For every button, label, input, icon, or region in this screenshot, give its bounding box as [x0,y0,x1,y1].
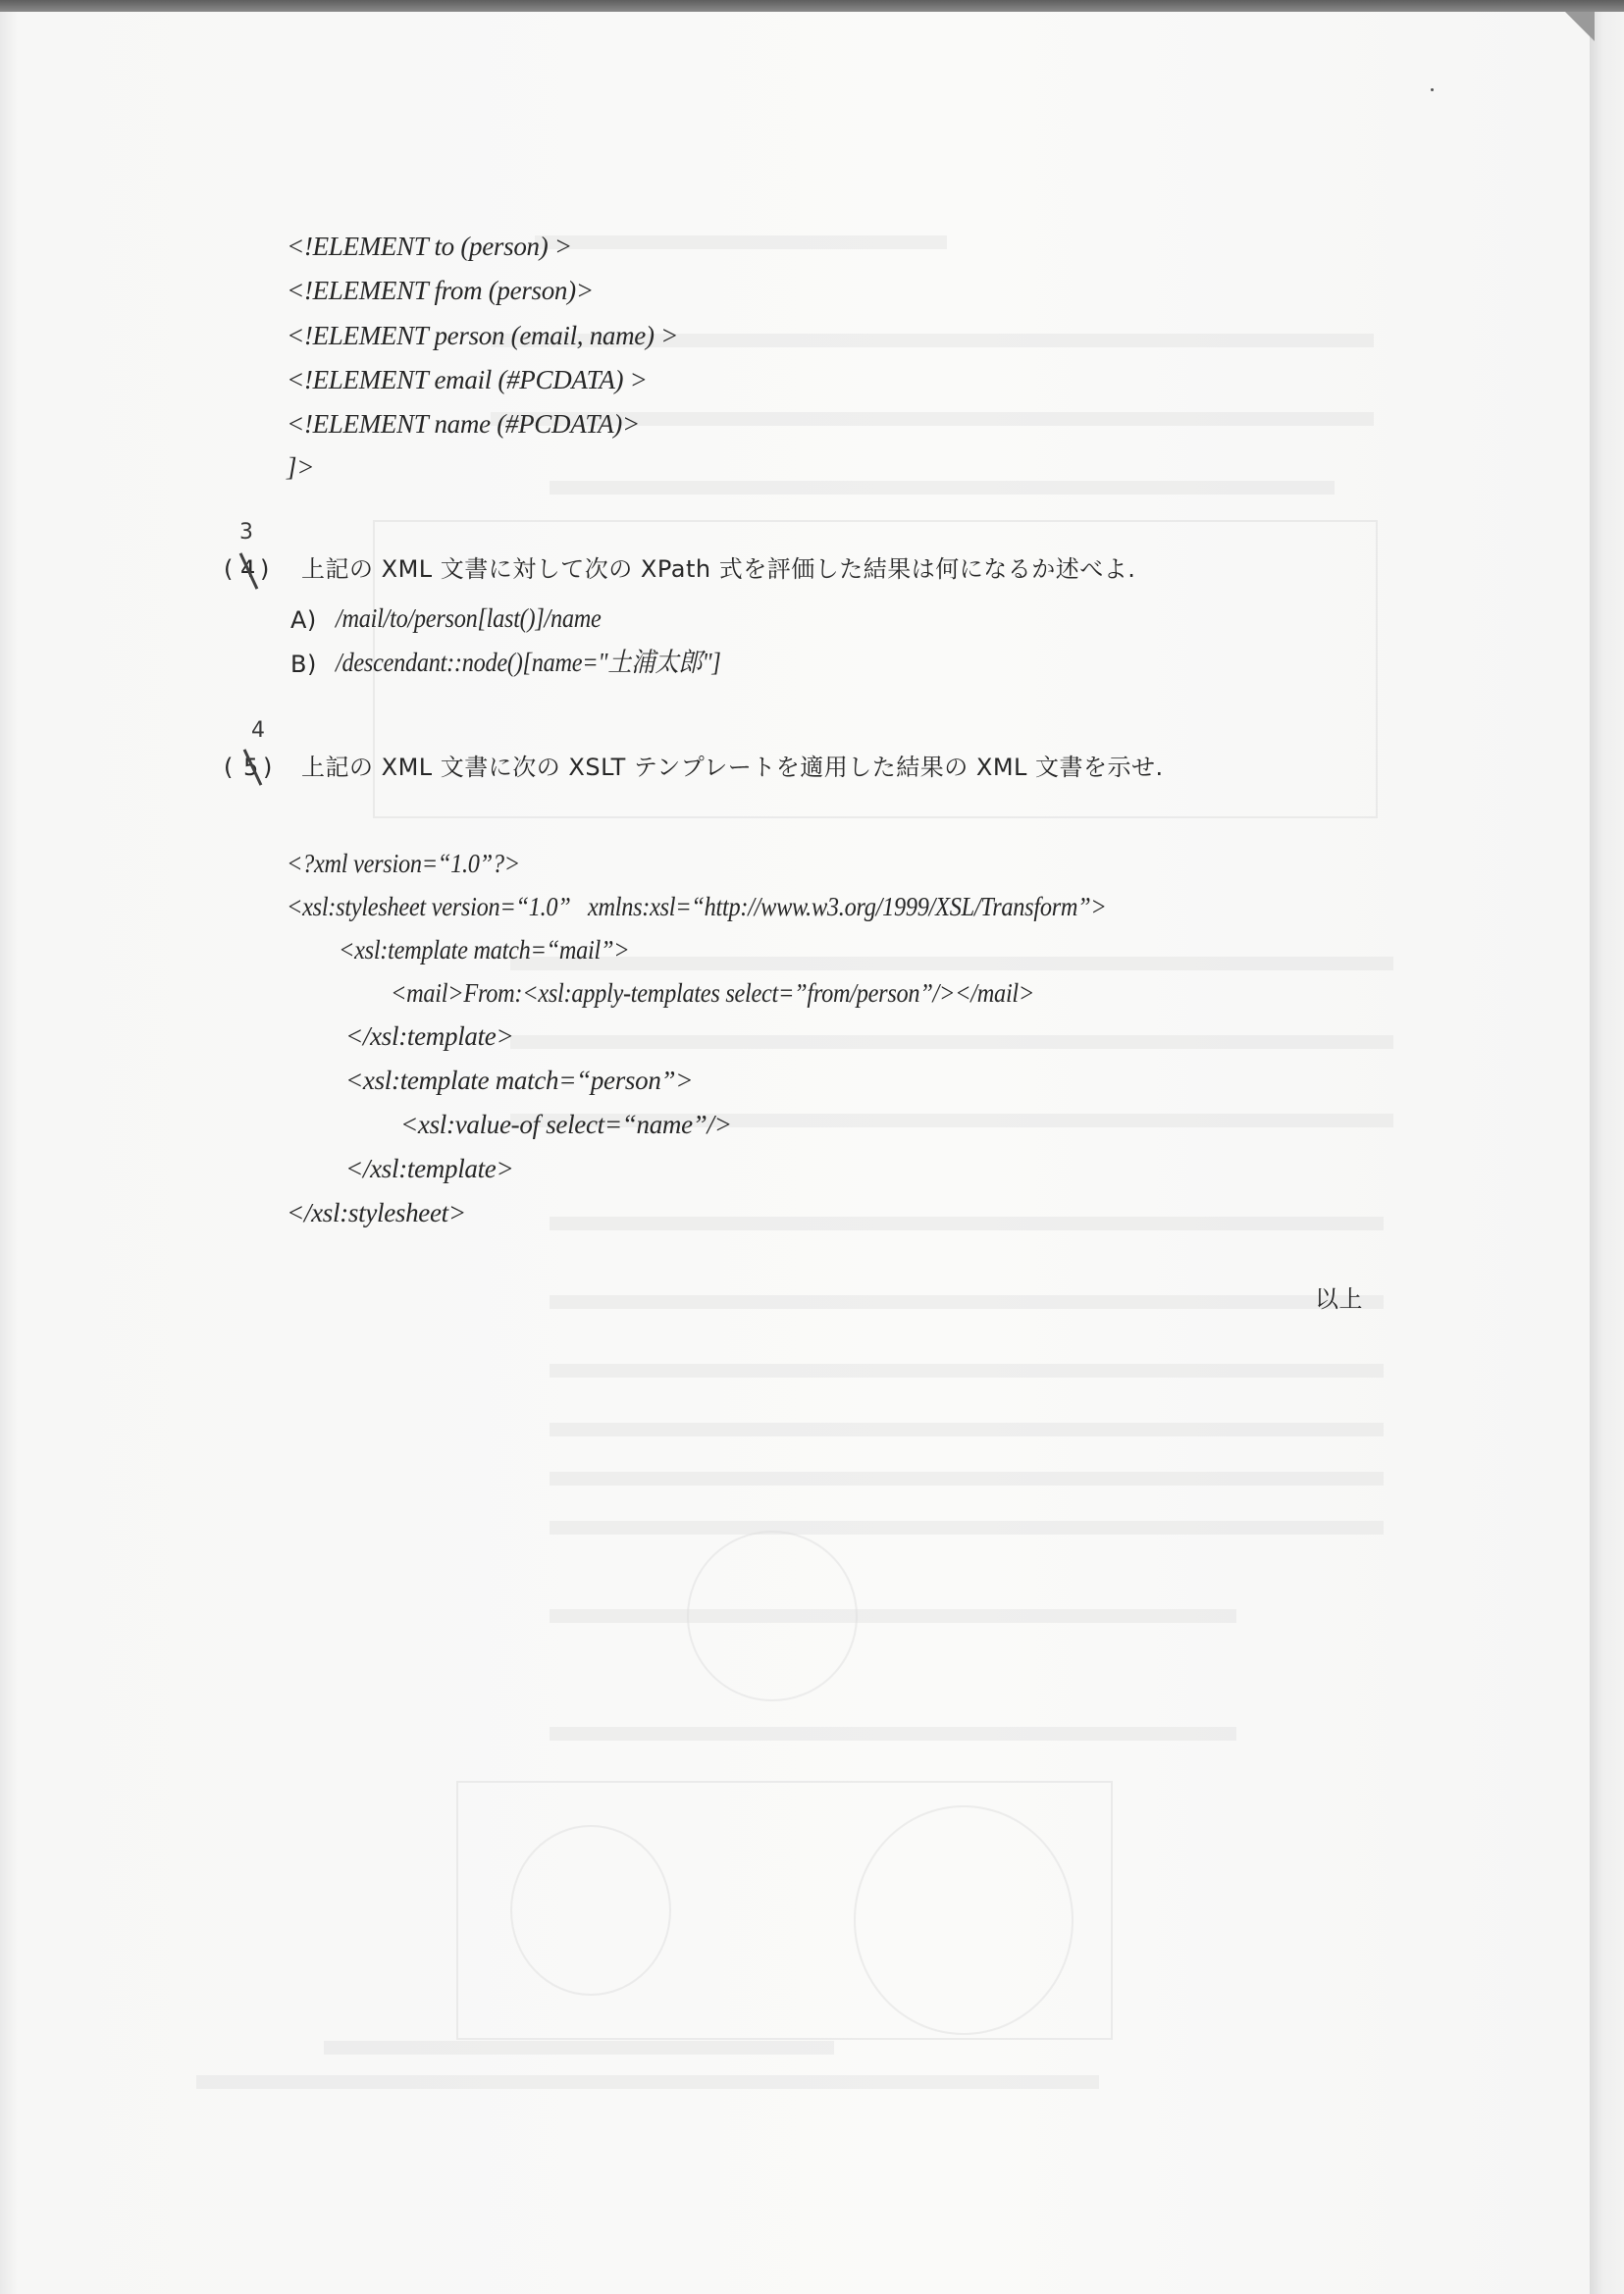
dtd-line: <!ELEMENT from (person)> [287,275,594,306]
scanner-edge [0,0,1624,12]
xslt-line: <?xml version=“1.0”?> [287,848,520,879]
xpath-expression: /mail/to/person[last()]/name [336,602,602,634]
xslt-line: <mail>From:<xsl:apply-templates select=”… [391,977,1034,1009]
item-label: A) [290,604,317,636]
corner-fold [1565,12,1595,41]
question-text: 上記の XML 文書に対して次の XPath 式を評価した結果は何になるか述べよ… [301,553,1135,585]
item-label: B) [290,649,317,680]
question-number-close-paren: ) [260,553,269,585]
handwritten-number: 4 [251,718,265,743]
paper-edge [1590,12,1624,2294]
xslt-line: <xsl:stylesheet version=“1.0” xmlns:xsl=… [287,891,1107,922]
xslt-line: </xsl:template> [345,1020,513,1052]
xslt-line: </xsl:template> [345,1153,513,1184]
handwritten-number: 3 [239,520,253,545]
question-number-open-paren: ( [224,752,233,783]
closing-mark: 以上 [1315,1283,1363,1315]
xpath-expression: /descendant::node()[name="土浦太郎"] [336,647,721,678]
xslt-line: <xsl:value-of select=“name”/> [400,1109,732,1140]
dtd-line: <!ELEMENT person (email, name) > [287,320,678,351]
xslt-line: </xsl:stylesheet> [287,1197,466,1228]
xslt-line: <xsl:template match=“person”> [345,1065,693,1096]
dtd-line: <!ELEMENT to (person) > [287,231,572,262]
xslt-line: <xsl:template match=“mail”> [339,934,629,965]
question-number-open-paren: ( [224,553,233,585]
question-text: 上記の XML 文書に次の XSLT テンプレートを適用した結果の XML 文書… [301,752,1164,783]
speck [1431,88,1434,91]
dtd-line: <!ELEMENT name (#PCDATA)> [287,408,640,440]
dtd-line: ]> [287,451,314,483]
question-number-close-paren: ) [263,752,272,783]
dtd-line: <!ELEMENT email (#PCDATA) > [287,364,648,395]
